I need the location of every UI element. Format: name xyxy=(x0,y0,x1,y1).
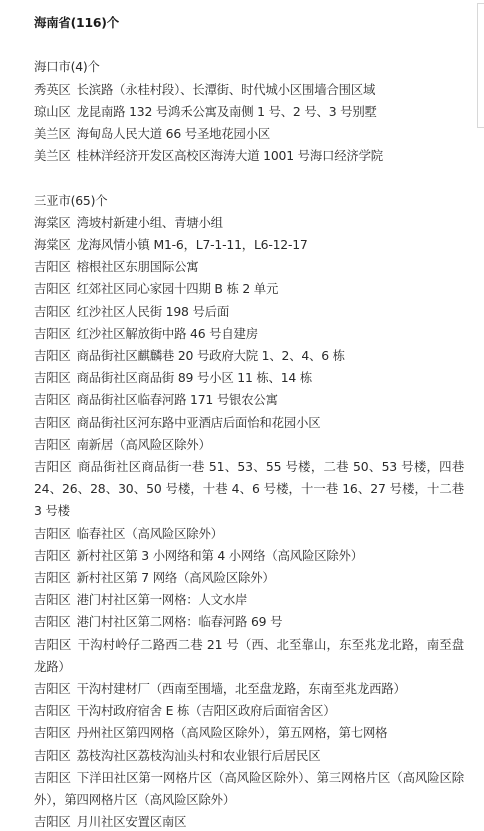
list-item: 吉阳区榕根社区东朋国际公寓 xyxy=(34,256,464,278)
address-text: 丹州社区第四网格（高风险区除外），第五网格，第七网格 xyxy=(77,725,388,740)
address-text: 干沟村岭仔二路西二巷 21 号（西、北至靠山，东至兆龙北路，南至盘龙路） xyxy=(34,637,464,674)
list-item: 吉阳区干沟村政府宿舍 E 栋（吉阳区政府后面宿舍区） xyxy=(34,700,464,722)
address-text: 红郊社区同心家园十四期 B 栋 2 单元 xyxy=(77,281,279,296)
list-item: 吉阳区下洋田社区第一网格片区（高风险区除外）、第三网格片区（高风险区除外），第四… xyxy=(34,767,464,811)
list-item: 秀英区长滨路（永桂村段）、长潭街、时代城小区围墙合围区域 xyxy=(34,79,464,101)
list-item: 吉阳区新村社区第 3 小网络和第 4 小网络（高风险区除外） xyxy=(34,545,464,567)
list-item: 海棠区龙海风情小镇 M1-6，L7-1-11，L6-12-17 xyxy=(34,234,464,256)
list-item: 吉阳区南新居（高风险区除外） xyxy=(34,434,464,456)
district-label: 美兰区 xyxy=(34,126,71,141)
district-label: 吉阳区 xyxy=(34,526,71,541)
address-text: 龙昆南路 132 号鸿禾公寓及南侧 1 号、2 号、3 号别墅 xyxy=(77,104,377,119)
address-text: 新村社区第 7 网络（高风险区除外） xyxy=(77,570,275,585)
address-text: 长滨路（永桂村段）、长潭街、时代城小区围墙合围区域 xyxy=(77,82,376,97)
list-item: 美兰区桂林洋经济开发区高校区海涛大道 1001 号海口经济学院 xyxy=(34,145,464,167)
address-text: 商品街社区临春河路 171 号银农公寓 xyxy=(77,392,278,407)
district-label: 吉阳区 xyxy=(34,392,71,407)
city-heading: 三亚市(65)个 xyxy=(34,190,464,212)
address-text: 荔枝沟社区荔枝沟汕头村和农业银行后居民区 xyxy=(77,748,321,763)
list-item: 琼山区龙昆南路 132 号鸿禾公寓及南侧 1 号、2 号、3 号别墅 xyxy=(34,101,464,123)
district-label: 吉阳区 xyxy=(34,348,71,363)
list-item: 吉阳区港门村社区第二网格：临春河路 69 号 xyxy=(34,611,464,633)
list-item: 吉阳区商品街社区临春河路 171 号银农公寓 xyxy=(34,389,464,411)
address-text: 临春社区（高风险区除外） xyxy=(77,526,223,541)
province-title: 海南省(116)个 xyxy=(34,12,464,34)
address-text: 湾坡村新建小组、青塘小组 xyxy=(77,215,223,230)
list-item: 吉阳区月川社区安置区南区 xyxy=(34,811,464,831)
list-item: 吉阳区临春社区（高风险区除外） xyxy=(34,523,464,545)
address-text: 海甸岛人民大道 66 号圣地花园小区 xyxy=(77,126,271,141)
address-text: 商品街社区商品街一巷 51、53、55 号楼，二巷 50、53 号楼，四巷 24… xyxy=(34,459,464,518)
address-text: 月川社区安置区南区 xyxy=(77,814,187,829)
list-item: 海棠区湾坡村新建小组、青塘小组 xyxy=(34,212,464,234)
district-label: 吉阳区 xyxy=(34,415,71,430)
district-label: 吉阳区 xyxy=(34,326,71,341)
address-text: 港门村社区第二网格：临春河路 69 号 xyxy=(77,614,283,629)
list-item: 吉阳区港门村社区第一网格：人文水岸 xyxy=(34,589,464,611)
district-label: 吉阳区 xyxy=(34,304,71,319)
district-label: 吉阳区 xyxy=(34,281,71,296)
district-label: 海棠区 xyxy=(34,237,71,252)
list-item: 吉阳区商品街社区河东路中亚酒店后面怡和花园小区 xyxy=(34,412,464,434)
district-label: 吉阳区 xyxy=(34,814,71,829)
address-text: 下洋田社区第一网格片区（高风险区除外）、第三网格片区（高风险区除外），第四网格片… xyxy=(34,770,464,807)
address-text: 南新居（高风险区除外） xyxy=(77,437,211,452)
address-text: 新村社区第 3 小网络和第 4 小网络（高风险区除外） xyxy=(77,548,363,563)
address-text: 红沙社区人民街 198 号后面 xyxy=(77,304,229,319)
address-text: 商品街社区商品街 89 号小区 11 栋、14 栋 xyxy=(77,370,312,385)
district-label: 吉阳区 xyxy=(34,548,71,563)
list-item: 吉阳区丹州社区第四网格（高风险区除外），第五网格，第七网格 xyxy=(34,722,464,744)
district-label: 吉阳区 xyxy=(34,637,72,652)
address-text: 桂林洋经济开发区高校区海涛大道 1001 号海口经济学院 xyxy=(77,148,383,163)
list-item: 吉阳区干沟村建材厂（西南至围墙，北至盘龙路，东南至兆龙西路） xyxy=(34,678,464,700)
district-label: 琼山区 xyxy=(34,104,71,119)
list-item: 吉阳区红郊社区同心家园十四期 B 栋 2 单元 xyxy=(34,278,464,300)
district-label: 吉阳区 xyxy=(34,570,71,585)
district-label: 海棠区 xyxy=(34,215,71,230)
list-item: 吉阳区商品街社区商品街一巷 51、53、55 号楼，二巷 50、53 号楼，四巷… xyxy=(34,456,464,523)
district-label: 吉阳区 xyxy=(34,459,72,474)
list-item: 美兰区海甸岛人民大道 66 号圣地花园小区 xyxy=(34,123,464,145)
district-label: 吉阳区 xyxy=(34,370,71,385)
address-text: 红沙社区解放街中路 46 号自建房 xyxy=(77,326,258,341)
district-label: 吉阳区 xyxy=(34,681,71,696)
address-text: 港门村社区第一网格：人文水岸 xyxy=(77,592,248,607)
district-label: 吉阳区 xyxy=(34,770,71,785)
document-body: 海南省(116)个 海口市(4)个 秀英区长滨路（永桂村段）、长潭街、时代城小区… xyxy=(34,12,464,831)
list-item: 吉阳区新村社区第 7 网络（高风险区除外） xyxy=(34,567,464,589)
side-panel-frame xyxy=(477,3,484,128)
list-item: 吉阳区红沙社区人民街 198 号后面 xyxy=(34,301,464,323)
city-section-haikou: 海口市(4)个 秀英区长滨路（永桂村段）、长潭街、时代城小区围墙合围区域 琼山区… xyxy=(34,56,464,167)
district-label: 吉阳区 xyxy=(34,703,71,718)
city-section-sanya: 三亚市(65)个 海棠区湾坡村新建小组、青塘小组 海棠区龙海风情小镇 M1-6，… xyxy=(34,190,464,831)
district-label: 吉阳区 xyxy=(34,748,71,763)
list-item: 吉阳区商品街社区商品街 89 号小区 11 栋、14 栋 xyxy=(34,367,464,389)
address-text: 商品街社区河东路中亚酒店后面怡和花园小区 xyxy=(77,415,321,430)
list-item: 吉阳区商品街社区麒麟巷 20 号政府大院 1、2、4、6 栋 xyxy=(34,345,464,367)
list-item: 吉阳区红沙社区解放街中路 46 号自建房 xyxy=(34,323,464,345)
address-text: 干沟村政府宿舍 E 栋（吉阳区政府后面宿舍区） xyxy=(77,703,336,718)
address-text: 龙海风情小镇 M1-6，L7-1-11，L6-12-17 xyxy=(77,237,308,252)
address-text: 商品街社区麒麟巷 20 号政府大院 1、2、4、6 栋 xyxy=(77,348,345,363)
district-label: 美兰区 xyxy=(34,148,71,163)
district-label: 吉阳区 xyxy=(34,725,71,740)
address-text: 榕根社区东朋国际公寓 xyxy=(77,259,199,274)
address-text: 干沟村建材厂（西南至围墙，北至盘龙路，东南至兆龙西路） xyxy=(77,681,406,696)
district-label: 吉阳区 xyxy=(34,437,71,452)
list-item: 吉阳区干沟村岭仔二路西二巷 21 号（西、北至靠山，东至兆龙北路，南至盘龙路） xyxy=(34,634,464,678)
district-label: 吉阳区 xyxy=(34,592,71,607)
district-label: 吉阳区 xyxy=(34,259,71,274)
district-label: 秀英区 xyxy=(34,82,71,97)
list-item: 吉阳区荔枝沟社区荔枝沟汕头村和农业银行后居民区 xyxy=(34,745,464,767)
district-label: 吉阳区 xyxy=(34,614,71,629)
city-heading: 海口市(4)个 xyxy=(34,56,464,78)
